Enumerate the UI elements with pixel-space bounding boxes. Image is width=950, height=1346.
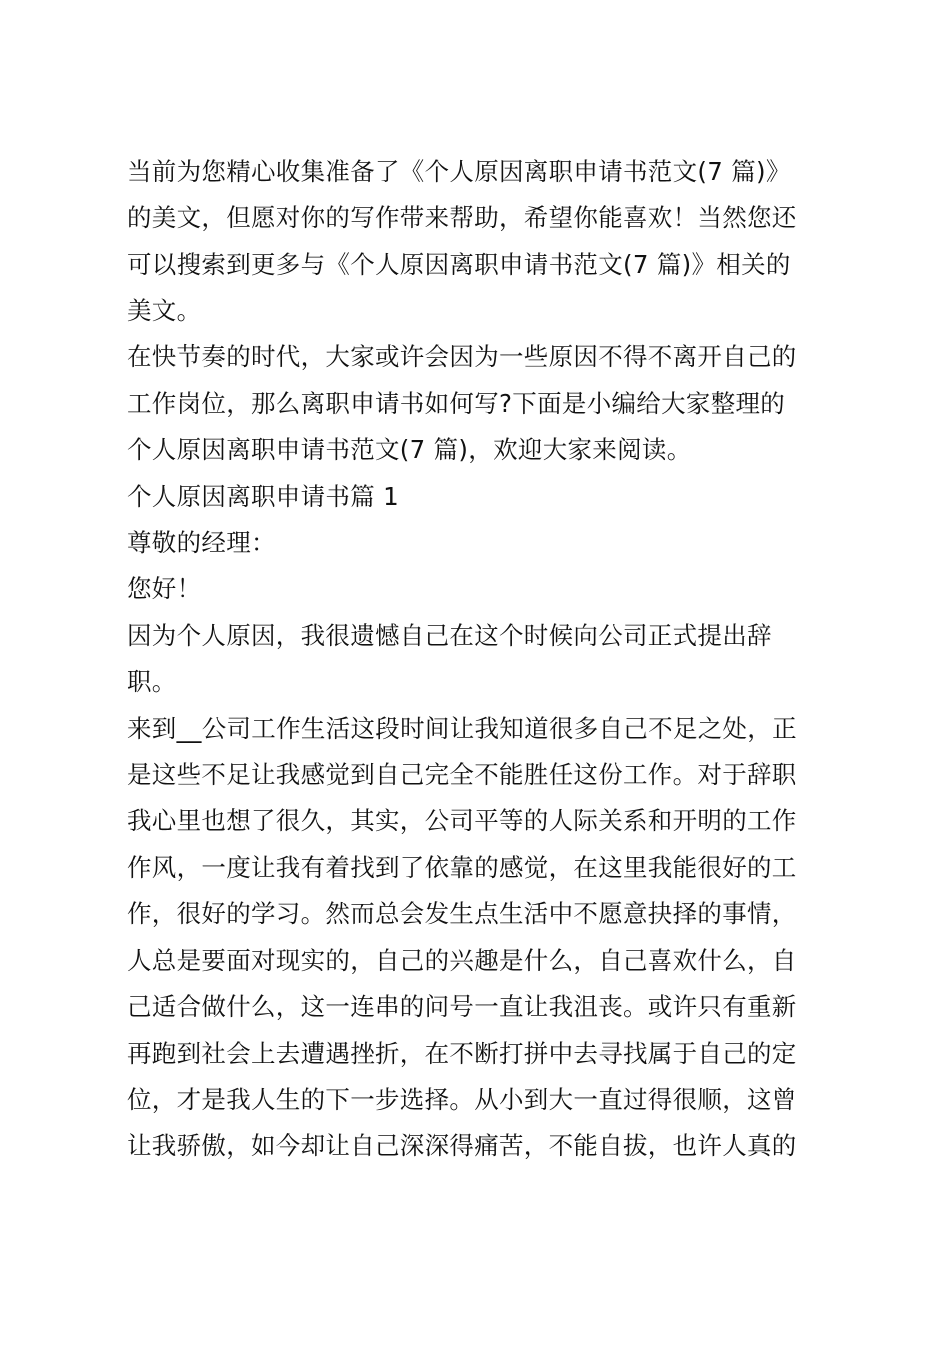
section-heading: 个人原因离职申请书篇 1	[127, 474, 827, 520]
intro-line: 的美文，但愿对你的写作带来帮助，希望你能喜欢！当然您还	[127, 195, 827, 241]
paragraph-line: 我心里也想了很久，其实，公司平等的人际关系和开明的工作	[127, 798, 827, 844]
paragraph-line: 来到__公司工作生活这段时间让我知道很多自己不足之处，正	[127, 706, 827, 752]
paragraph-line: 职。	[127, 659, 827, 705]
preface-line: 工作岗位，那么离职申请书如何写?下面是小编给大家整理的	[127, 381, 827, 427]
salutation: 尊敬的经理：	[127, 520, 827, 566]
paragraph-line: 作风，一度让我有着找到了依靠的感觉，在这里我能很好的工	[127, 845, 827, 891]
paragraph-line: 位，才是我人生的下一步选择。从小到大一直过得很顺，这曾	[127, 1077, 827, 1123]
paragraph-line: 让我骄傲，如今却让自己深深得痛苦，不能自拔，也许人真的	[127, 1123, 827, 1169]
paragraph-line: 人总是要面对现实的，自己的兴趣是什么，自己喜欢什么，自	[127, 938, 827, 984]
intro-line: 可以搜索到更多与《个人原因离职申请书范文(7 篇)》相关的	[127, 242, 827, 288]
paragraph-line: 再跑到社会上去遭遇挫折，在不断打拼中去寻找属于自己的定	[127, 1031, 827, 1077]
paragraph-line: 因为个人原因，我很遗憾自己在这个时候向公司正式提出辞	[127, 613, 827, 659]
preface-line: 个人原因离职申请书范文(7 篇)，欢迎大家来阅读。	[127, 427, 827, 473]
greeting: 您好！	[127, 566, 827, 612]
paragraph-line: 作，很好的学习。然而总会发生点生活中不愿意抉择的事情，	[127, 891, 827, 937]
paragraph-line: 是这些不足让我感觉到自己完全不能胜任这份工作。对于辞职	[127, 752, 827, 798]
paragraph-line: 己适合做什么，这一连串的问号一直让我沮丧。或许只有重新	[127, 984, 827, 1030]
preface-line: 在快节奏的时代，大家或许会因为一些原因不得不离开自己的	[127, 334, 827, 380]
intro-line: 美文。	[127, 288, 827, 334]
document-page: 当前为您精心收集准备了《个人原因离职申请书范文(7 篇)》 的美文，但愿对你的写…	[0, 0, 950, 1346]
intro-line: 当前为您精心收集准备了《个人原因离职申请书范文(7 篇)》	[127, 149, 827, 195]
